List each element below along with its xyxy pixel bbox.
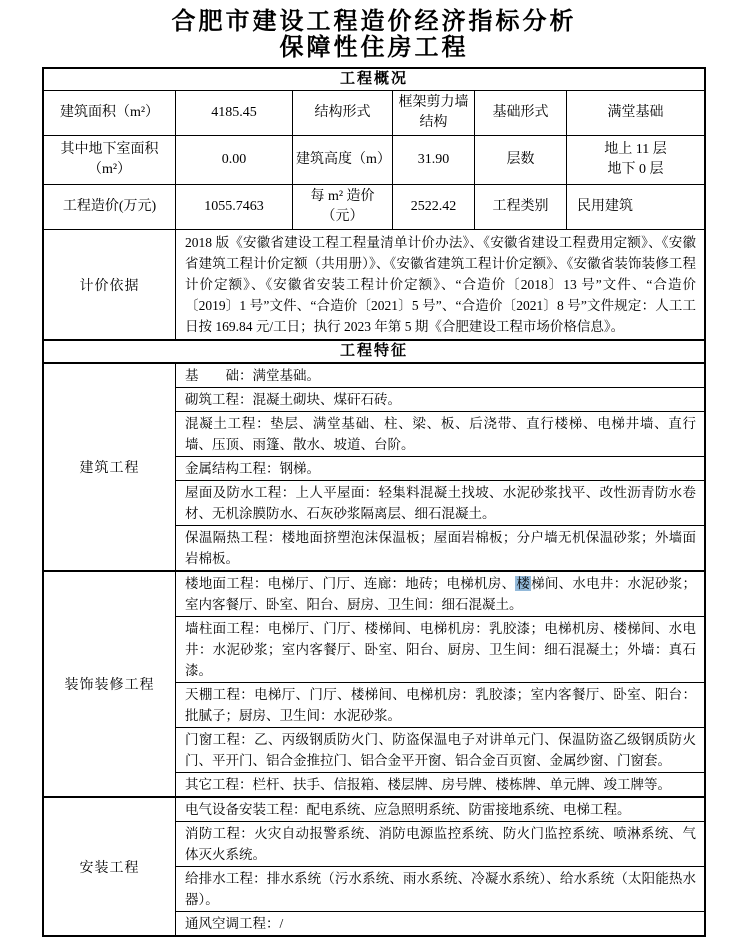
group-decoration: 装饰装修工程 楼地面工程：电梯厅、门厅、连廊：地砖；电梯机房、楼梯间、水电井：水… [44, 572, 704, 798]
feature-row-roofing-waterproof: 屋面及防水工程：上人平屋面：轻集料混凝土找坡、水泥砂浆找平、改性沥青防水卷材、无… [176, 480, 704, 525]
indicator-table: 工程概况 建筑面积（m²） 4185.45 结构形式 框架剪力墙 结构 基础形式… [42, 67, 706, 937]
group-label-decoration: 装饰装修工程 [44, 572, 176, 796]
project-category-label: 工程类别 [475, 185, 567, 229]
basement-area-value: 0.00 [176, 136, 293, 184]
building-height-label: 建筑高度（m） [293, 136, 393, 184]
building-height-value: 31.90 [393, 136, 475, 184]
feature-row-masonry: 砌筑工程：混凝土砌块、煤矸石砖。 [176, 387, 704, 411]
building-area-value: 4185.45 [176, 91, 293, 135]
foundation-type-label: 基础形式 [475, 91, 567, 135]
project-cost-value: 1055.7463 [176, 185, 293, 229]
pricing-basis-row: 计价依据 2018 版《安徽省建设工程工程量清单计价办法》、《安徽省建设工程费用… [44, 230, 704, 339]
feature-row-wall-column: 墙柱面工程：电梯厅、门厅、楼梯间、电梯机房：乳胶漆；电梯机房、楼梯间、水电井：水… [176, 616, 704, 682]
unit-cost-value: 2522.42 [393, 185, 475, 229]
feature-row-flooring: 楼地面工程：电梯厅、门厅、连廊：地砖；电梯机房、楼梯间、水电井：水泥砂浆；室内客… [176, 572, 704, 616]
project-category-value: 民用建筑 [567, 185, 704, 229]
structure-type-label: 结构形式 [293, 91, 393, 135]
feature-row-concrete: 混凝土工程：垫层、满堂基础、柱、梁、板、后浇带、直行楼梯、电梯井墙、直行墙、压顶… [176, 411, 704, 456]
structure-type-value: 框架剪力墙 结构 [393, 91, 475, 135]
pricing-basis-text: 2018 版《安徽省建设工程工程量清单计价办法》、《安徽省建设工程费用定额》、《… [176, 230, 704, 339]
search-highlight: 楼 [515, 576, 531, 591]
floor-count-label: 层数 [475, 136, 567, 184]
section-header-features: 工程特征 [44, 339, 704, 364]
floor-count-value: 地上 11 层 地下 0 层 [567, 136, 704, 184]
document-title-line2: 保障性住房工程 [0, 35, 748, 61]
document-title: 合肥市建设工程造价经济指标分析 保障性住房工程 [0, 0, 748, 61]
foundation-type-value: 满堂基础 [567, 91, 704, 135]
table-row: 建筑面积（m²） 4185.45 结构形式 框架剪力墙 结构 基础形式 满堂基础 [44, 91, 704, 136]
basement-area-label: 其中地下室面积 （m²） [44, 136, 176, 184]
feature-row-doors-windows: 门窗工程：乙、丙级钢质防火门、防盗保温电子对讲单元门、保温防盗乙级钢质防火门、平… [176, 727, 704, 772]
feature-row-electrical: 电气设备安装工程：配电系统、应急照明系统、防雷接地系统、电梯工程。 [176, 798, 704, 821]
feature-row-plumbing: 给排水工程：排水系统（污水系统、雨水系统、冷凝水系统）、给水系统（太阳能热水器）… [176, 866, 704, 911]
feature-row-hvac: 通风空调工程：/ [176, 911, 704, 935]
section-header-overview: 工程概况 [44, 69, 704, 91]
feature-row-foundation: 基 础：满堂基础。 [176, 364, 704, 387]
group-rows: 电气设备安装工程：配电系统、应急照明系统、防雷接地系统、电梯工程。 消防工程：火… [176, 798, 704, 935]
group-label-installation: 安装工程 [44, 798, 176, 935]
pricing-basis-label: 计价依据 [44, 230, 176, 339]
project-cost-label: 工程造价(万元) [44, 185, 176, 229]
unit-cost-label: 每 m² 造价 （元） [293, 185, 393, 229]
group-rows: 基 础：满堂基础。 砌筑工程：混凝土砌块、煤矸石砖。 混凝土工程：垫层、满堂基础… [176, 364, 704, 570]
feature-row-other: 其它工程：栏杆、扶手、信报箱、楼层牌、房号牌、楼栋牌、单元牌、竣工牌等。 [176, 772, 704, 796]
feature-row-fire-protection: 消防工程：火灾自动报警系统、消防电源监控系统、防火门监控系统、喷淋系统、气体灭火… [176, 821, 704, 866]
flooring-text-prefix: 楼地面工程：电梯厅、门厅、连廊：地砖；电梯机房、 [185, 576, 515, 591]
feature-row-ceiling: 天棚工程：电梯厅、门厅、楼梯间、电梯机房：乳胶漆；室内客餐厅、卧室、阳台：批腻子… [176, 682, 704, 727]
feature-row-insulation: 保温隔热工程：楼地面挤塑泡沫保温板；屋面岩棉板；分户墙无机保温砂浆；外墙面岩棉板… [176, 525, 704, 570]
table-row: 工程造价(万元) 1055.7463 每 m² 造价 （元） 2522.42 工… [44, 185, 704, 230]
group-label-construction: 建筑工程 [44, 364, 176, 570]
feature-row-metal-structure: 金属结构工程：钢梯。 [176, 456, 704, 480]
document-title-line1: 合肥市建设工程造价经济指标分析 [0, 9, 748, 35]
group-installation: 安装工程 电气设备安装工程：配电系统、应急照明系统、防雷接地系统、电梯工程。 消… [44, 798, 704, 935]
group-construction: 建筑工程 基 础：满堂基础。 砌筑工程：混凝土砌块、煤矸石砖。 混凝土工程：垫层… [44, 364, 704, 572]
building-area-label: 建筑面积（m²） [44, 91, 176, 135]
table-row: 其中地下室面积 （m²） 0.00 建筑高度（m） 31.90 层数 地上 11… [44, 136, 704, 185]
group-rows: 楼地面工程：电梯厅、门厅、连廊：地砖；电梯机房、楼梯间、水电井：水泥砂浆；室内客… [176, 572, 704, 796]
